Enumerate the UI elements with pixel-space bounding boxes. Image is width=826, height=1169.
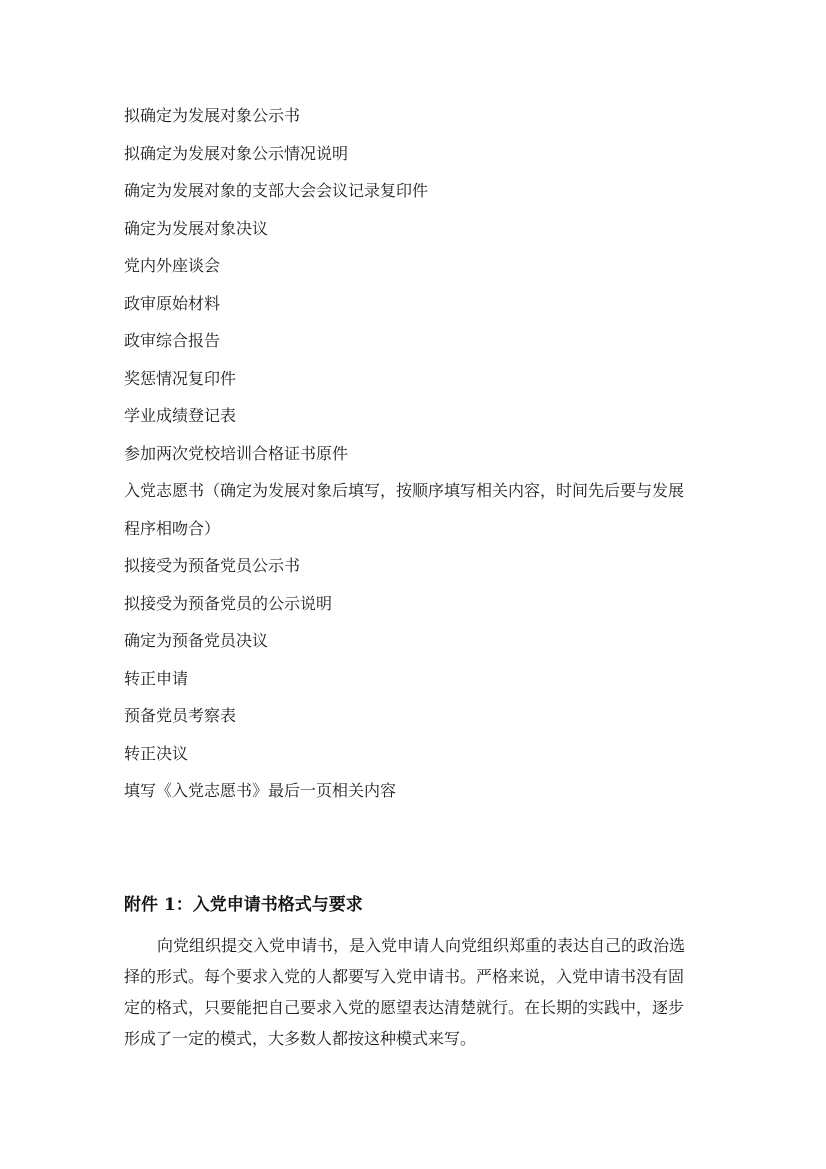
list-item: 拟接受为预备党员公示书	[124, 547, 702, 585]
list-item: 确定为发展对象决议	[124, 210, 702, 248]
attachment-paragraph: 向党组织提交入党申请书，是入党申请人向党组织郑重的表达自己的政治选择的形式。每个…	[124, 930, 702, 1054]
list-item: 拟确定为发展对象公示情况说明	[124, 135, 702, 173]
list-item: 学业成绩登记表	[124, 397, 702, 435]
list-item: 转正申请	[124, 660, 702, 698]
list-item: 预备党员考察表	[124, 697, 702, 735]
list-item: 党内外座谈会	[124, 247, 702, 285]
list-item: 确定为发展对象的支部大会会议记录复印件	[124, 172, 702, 210]
list-item: 政审综合报告	[124, 322, 702, 360]
list-item: 转正决议	[124, 735, 702, 773]
list-item: 拟接受为预备党员的公示说明	[124, 585, 702, 623]
attachment-heading: 附件 1：入党申请书格式与要求	[124, 892, 702, 918]
list-item: 确定为预备党员决议	[124, 622, 702, 660]
list-item: 入党志愿书（确定为发展对象后填写，按顺序填写相关内容，时间先后要与发展程序相吻合…	[124, 472, 702, 547]
list-item: 奖惩情况复印件	[124, 360, 702, 398]
list-item: 拟确定为发展对象公示书	[124, 97, 702, 135]
list-item: 政审原始材料	[124, 285, 702, 323]
document-content: 拟确定为发展对象公示书拟确定为发展对象公示情况说明确定为发展对象的支部大会会议记…	[124, 0, 702, 1054]
materials-list: 拟确定为发展对象公示书拟确定为发展对象公示情况说明确定为发展对象的支部大会会议记…	[124, 0, 702, 810]
document-page: 拟确定为发展对象公示书拟确定为发展对象公示情况说明确定为发展对象的支部大会会议记…	[0, 0, 826, 1169]
list-item: 填写《入党志愿书》最后一页相关内容	[124, 772, 702, 810]
list-item: 参加两次党校培训合格证书原件	[124, 435, 702, 473]
